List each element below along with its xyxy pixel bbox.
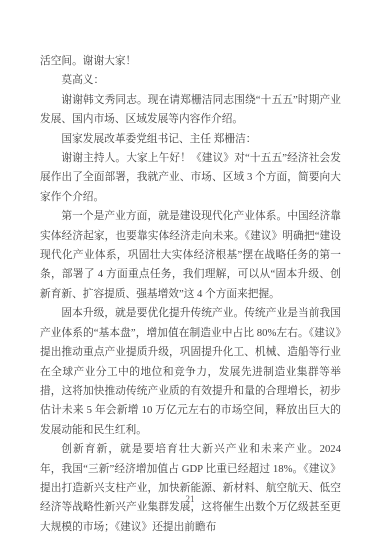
paragraph-emerging-industry: 创新育新，就是要培育壮大新兴产业和未来产业。2024 年，我国“三新”经济增加值… xyxy=(40,440,341,537)
paragraph-industry-overview: 第一个是产业方面，就是建设现代化产业体系。中国经济靠实体经济起家，也要靠实体经济… xyxy=(40,207,341,304)
document-page: 活空间。谢谢大家！ 莫高义： 谢谢韩文秀同志。现在请郑栅洁同志围绕“十五五”时期… xyxy=(0,0,380,537)
speaker-name-moderator: 莫高义： xyxy=(40,71,341,90)
page-number: 21 xyxy=(0,494,380,504)
paragraph-moderator-intro: 谢谢韩文秀同志。现在请郑栅洁同志围绕“十五五”时期产业发展、国内市场、区域发展等… xyxy=(40,91,341,130)
paragraph-continuation: 活空间。谢谢大家！ xyxy=(40,52,341,71)
page-body-text: 活空间。谢谢大家！ 莫高义： 谢谢韩文秀同志。现在请郑栅洁同志围绕“十五五”时期… xyxy=(40,52,341,537)
paragraph-traditional-industry: 固本升级，就是要优化提升传统产业。传统产业是当前我国产业体系的“基本盘”，增加值… xyxy=(40,304,341,440)
speaker-name-ndrc-director: 国家发展改革委党组书记、主任 郑栅洁： xyxy=(40,130,341,149)
paragraph-greeting: 谢谢主持人。大家上午好！《建议》对“十五五”经济社会发展作出了全面部署，我就产业… xyxy=(40,149,341,207)
